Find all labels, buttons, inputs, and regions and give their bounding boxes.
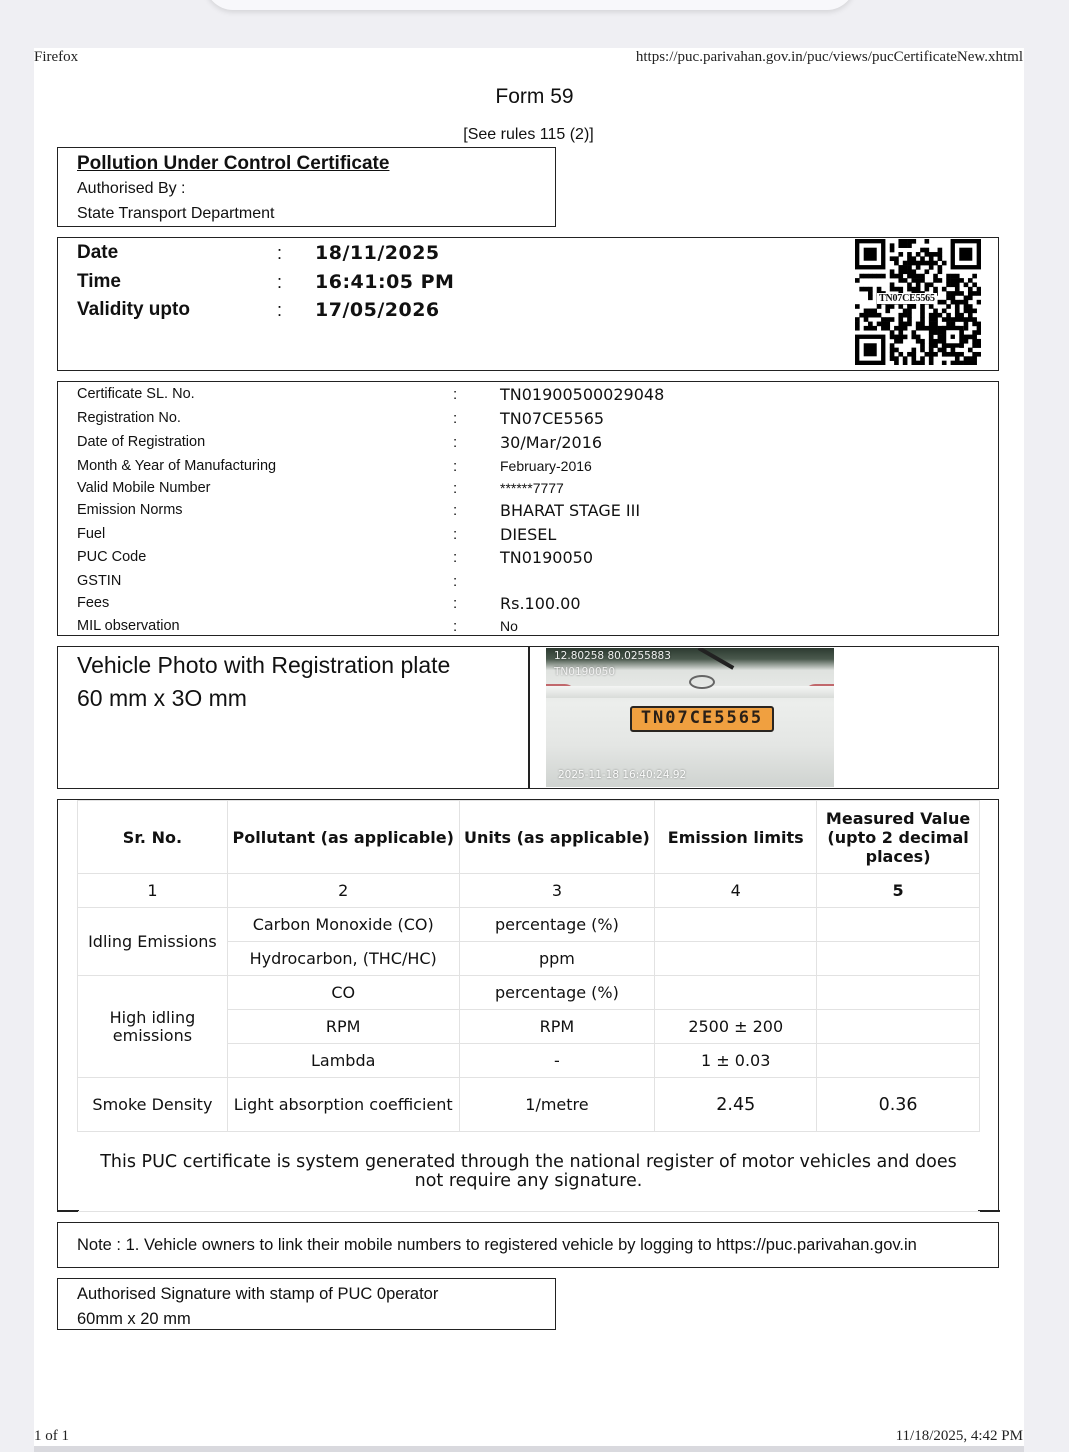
- separator: :: [453, 410, 500, 427]
- separator: :: [453, 434, 500, 451]
- table-footer-row: This PUC certificate is system generated…: [78, 1132, 980, 1212]
- unit-cell: -: [459, 1044, 655, 1078]
- authorised-by-label: Authorised By :: [77, 176, 555, 201]
- time-label: Time: [77, 271, 277, 293]
- pollutant-cell: CO: [227, 976, 459, 1010]
- info-label: Fees: [77, 595, 453, 611]
- validity-row: Validity upto : 17/05/2026: [77, 296, 440, 324]
- pollutant-cell: Lambda: [227, 1044, 459, 1078]
- separator: :: [453, 549, 500, 566]
- date-label: Date: [77, 242, 277, 264]
- column-header: Pollutant (as applicable): [227, 801, 459, 874]
- column-number: 1: [78, 874, 228, 908]
- separator: :: [453, 502, 500, 519]
- info-row: Registration No.:TN07CE5565: [77, 407, 604, 429]
- signature-label: Authorised Signature with stamp of PUC 0…: [77, 1282, 555, 1307]
- measured-cell: [817, 942, 980, 976]
- column-header: Emission limits: [655, 801, 817, 874]
- info-label: Date of Registration: [77, 434, 453, 450]
- pollutant-cell: RPM: [227, 1010, 459, 1044]
- photo-code-overlay: TN0190050: [554, 666, 615, 678]
- table-header-row: Sr. No. Pollutant (as applicable) Units …: [78, 801, 980, 874]
- info-value: TN0190050: [500, 548, 593, 567]
- column-header: Units (as applicable): [459, 801, 655, 874]
- separator: :: [453, 573, 500, 590]
- emissions-table: Sr. No. Pollutant (as applicable) Units …: [77, 800, 980, 1212]
- date-value: 18/11/2025: [315, 242, 440, 264]
- time-value: 16:41:05 PM: [315, 271, 454, 293]
- pollutant-cell: Light absorption coefficient: [227, 1078, 459, 1132]
- separator: :: [453, 618, 500, 635]
- photo-section-size: 60 mm x 3O mm: [77, 685, 247, 712]
- info-row: MIL observation:No: [77, 615, 518, 637]
- group-label: Idling Emissions: [78, 908, 228, 976]
- datetime-box: Date : 18/11/2025 Time : 16:41:05 PM Val…: [57, 237, 999, 371]
- vehicle-photo-box: Vehicle Photo with Registration plate 60…: [57, 646, 999, 789]
- separator: :: [453, 458, 500, 475]
- certificate-header-box: Pollution Under Control Certificate Auth…: [57, 147, 556, 227]
- print-header-browser: Firefox: [34, 49, 78, 66]
- separator: :: [453, 595, 500, 612]
- info-row: PUC Code:TN0190050: [77, 546, 593, 568]
- table-row: Idling Emissions Carbon Monoxide (CO) pe…: [78, 908, 980, 942]
- print-footer-timestamp: 11/18/2025, 4:42 PM: [896, 1428, 1023, 1445]
- info-row: GSTIN:: [77, 570, 500, 592]
- time-row: Time : 16:41:05 PM: [77, 268, 454, 296]
- car-logo-icon: [689, 675, 715, 689]
- measured-cell: 0.36: [817, 1078, 980, 1132]
- date-row: Date : 18/11/2025: [77, 239, 440, 267]
- column-number: 4: [655, 874, 817, 908]
- separator: :: [277, 243, 315, 264]
- separator: :: [453, 386, 500, 403]
- wiper-shape: [698, 648, 735, 670]
- signature-size: 60mm x 20 mm: [77, 1307, 555, 1332]
- certificate-title: Pollution Under Control Certificate: [77, 152, 555, 176]
- system-generated-notice: This PUC certificate is system generated…: [78, 1132, 980, 1212]
- table-row: High idling emissions CO percentage (%): [78, 976, 980, 1010]
- info-row: Date of Registration:30/Mar/2016: [77, 431, 602, 453]
- info-value: February-2016: [500, 458, 592, 474]
- unit-cell: RPM: [459, 1010, 655, 1044]
- page-edge: [34, 1446, 1024, 1452]
- note-box: Note : 1. Vehicle owners to link their m…: [57, 1222, 999, 1268]
- vehicle-info-box: Certificate SL. No.:TN01900500029048Regi…: [57, 381, 999, 636]
- info-label: Certificate SL. No.: [77, 386, 453, 402]
- column-header: Sr. No.: [78, 801, 228, 874]
- limit-cell: 2.45: [655, 1078, 817, 1132]
- info-label: Registration No.: [77, 410, 453, 426]
- vehicle-photo: TN07CE5565 12.80258 80.0255883 TN0190050…: [546, 648, 834, 787]
- table-row: Smoke Density Light absorption coefficie…: [78, 1078, 980, 1132]
- info-label: PUC Code: [77, 549, 453, 565]
- limit-cell: [655, 942, 817, 976]
- photo-gps-overlay: 12.80258 80.0255883: [554, 650, 671, 662]
- column-number-row: 1 2 3 4 5: [78, 874, 980, 908]
- unit-cell: 1/metre: [459, 1078, 655, 1132]
- separator: :: [453, 526, 500, 543]
- column-number: 3: [459, 874, 655, 908]
- limit-cell: 2500 ± 200: [655, 1010, 817, 1044]
- separator: :: [453, 480, 500, 497]
- limit-cell: [655, 908, 817, 942]
- info-row: Fees:Rs.100.00: [77, 592, 581, 614]
- print-header-url: https://puc.parivahan.gov.in/puc/views/p…: [636, 49, 1023, 66]
- measured-cell: [817, 1044, 980, 1078]
- info-row: Valid Mobile Number:******7777: [77, 477, 564, 499]
- photo-timestamp-overlay: 2025-11-18 16:40:24.92: [558, 769, 686, 781]
- info-value: BHARAT STAGE III: [500, 501, 640, 520]
- separator: :: [277, 272, 315, 293]
- registration-plate: TN07CE5565: [630, 706, 774, 732]
- unit-cell: percentage (%): [459, 976, 655, 1010]
- measured-cell: [817, 1010, 980, 1044]
- measured-cell: [817, 976, 980, 1010]
- info-row: Emission Norms:BHARAT STAGE III: [77, 499, 640, 521]
- separator: :: [277, 300, 315, 321]
- validity-value: 17/05/2026: [315, 299, 440, 321]
- info-label: Fuel: [77, 526, 453, 542]
- info-label: Emission Norms: [77, 502, 453, 518]
- column-number: 5: [817, 874, 980, 908]
- info-row: Fuel:DIESEL: [77, 523, 556, 545]
- info-value: ******7777: [500, 480, 564, 496]
- photo-section-title: Vehicle Photo with Registration plate: [77, 652, 450, 679]
- measured-cell: [817, 908, 980, 942]
- pollutant-cell: Carbon Monoxide (CO): [227, 908, 459, 942]
- validity-label: Validity upto: [77, 299, 277, 321]
- column-number: 2: [227, 874, 459, 908]
- info-value: DIESEL: [500, 525, 556, 544]
- pollutant-cell: Hydrocarbon, (THC/HC): [227, 942, 459, 976]
- box-edge: [978, 1210, 1000, 1212]
- browser-top-bar: [205, 0, 855, 10]
- unit-cell: ppm: [459, 942, 655, 976]
- info-value: TN01900500029048: [500, 385, 664, 404]
- info-value: TN07CE5565: [500, 409, 604, 428]
- info-value: Rs.100.00: [500, 594, 581, 613]
- bumper-shape: [546, 686, 834, 698]
- info-label: Valid Mobile Number: [77, 480, 453, 496]
- form-rule: [See rules 115 (2)]: [0, 126, 1057, 144]
- group-label: High idling emissions: [78, 976, 228, 1078]
- limit-cell: [655, 976, 817, 1010]
- info-row: Month & Year of Manufacturing:February-2…: [77, 455, 592, 477]
- group-label: Smoke Density: [78, 1078, 228, 1132]
- qr-code-icon: TN07CE5565: [855, 239, 981, 365]
- limit-cell: 1 ± 0.03: [655, 1044, 817, 1078]
- info-value: No: [500, 618, 518, 634]
- unit-cell: percentage (%): [459, 908, 655, 942]
- info-label: GSTIN: [77, 573, 453, 589]
- print-footer-page: 1 of 1: [34, 1428, 69, 1445]
- divider: [528, 647, 530, 788]
- qr-registration-label: TN07CE5565: [877, 293, 937, 304]
- column-header: Measured Value (upto 2 decimal places): [817, 801, 980, 874]
- info-label: Month & Year of Manufacturing: [77, 458, 453, 474]
- box-edge: [57, 1210, 79, 1212]
- signature-box: Authorised Signature with stamp of PUC 0…: [57, 1278, 556, 1330]
- info-row: Certificate SL. No.:TN01900500029048: [77, 383, 664, 405]
- info-label: MIL observation: [77, 618, 453, 634]
- info-value: 30/Mar/2016: [500, 433, 602, 452]
- form-title: Form 59: [0, 85, 1069, 109]
- note-text: Note : 1. Vehicle owners to link their m…: [77, 1236, 917, 1254]
- authority-name: State Transport Department: [77, 201, 555, 226]
